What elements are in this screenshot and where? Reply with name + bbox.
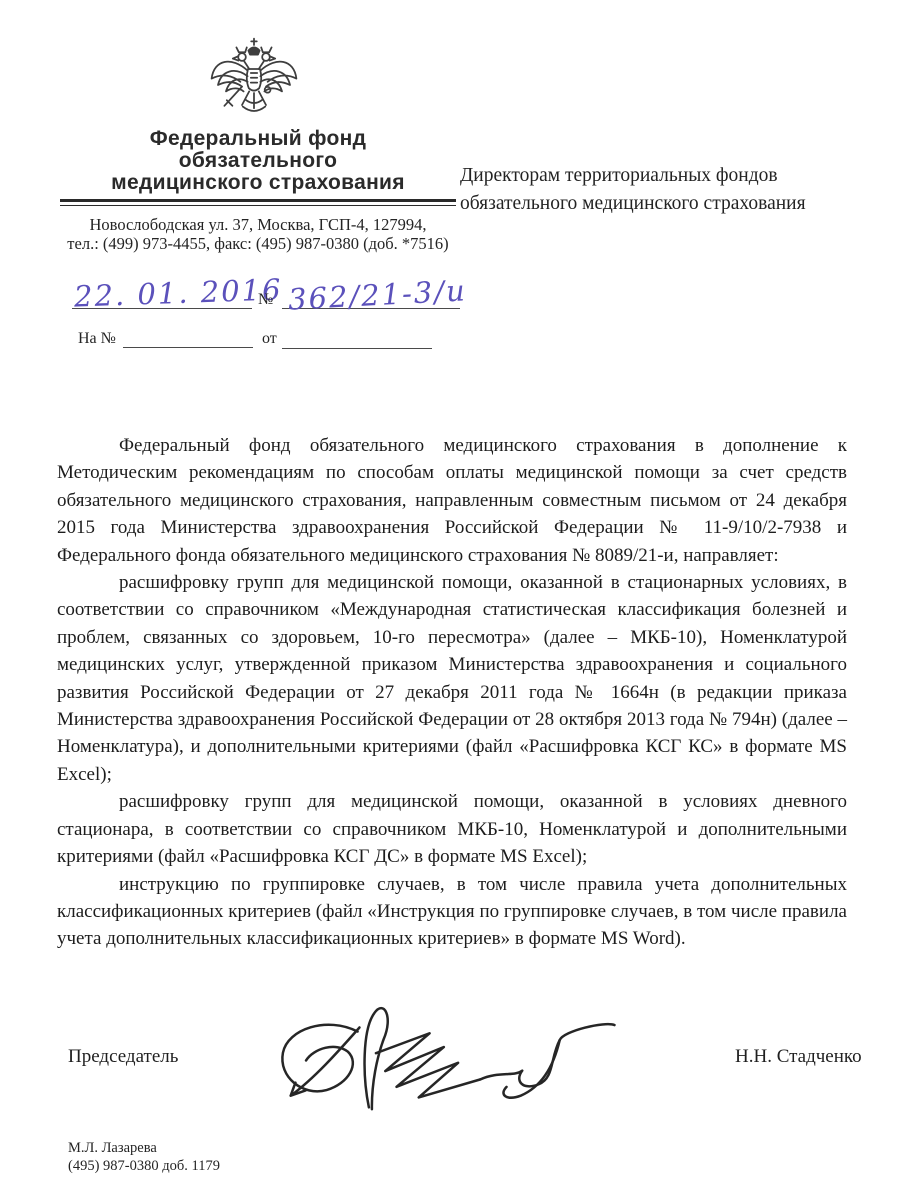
scanned-letter-page: Федеральный фонд обязательного медицинск… [0,0,900,1200]
signer-name: Н.Н. Стадченко [735,1046,862,1068]
letter-body: Федеральный фонд обязательного медицинск… [57,432,847,953]
body-paragraph-3: расшифровку групп для медицинской помощи… [57,788,847,870]
addressee-block: Директорам территориальных фондов обязат… [460,162,870,217]
letter-number-field: 362/21-3/и [282,266,460,309]
number-sign-label: № [258,291,273,309]
body-paragraph-4: инструкцию по группировке случаев, в том… [57,871,847,953]
executor-phone: (495) 987-0380 доб. 1179 [68,1157,220,1175]
org-name-line: Федеральный фонд [58,128,458,150]
body-paragraph-2: расшифровку групп для медицинской помощи… [57,569,847,788]
org-address-line1: Новослободская ул. 37, Москва, ГСП-4, 12… [60,215,456,234]
org-name-line: обязательного [58,150,458,172]
addressee-line2: обязательного медицинского страхования [460,190,870,218]
letter-date-field: 22. 01. 2016 [72,266,252,309]
reply-from-label: от [262,330,277,348]
reply-date-blank-line [282,348,432,349]
addressee-line1: Директорам территориальных фондов [460,162,870,190]
executor-name: М.Л. Лазарева [68,1139,220,1157]
handwritten-date: 22. 01. 2016 [73,272,283,313]
org-name: Федеральный фонд обязательного медицинск… [58,128,458,194]
letterhead-divider [60,199,456,206]
executor-contact-block: М.Л. Лазарева (495) 987-0380 доб. 1179 [68,1139,220,1175]
reply-to-number-label: На № [78,330,116,348]
coat-of-arms-icon [206,34,302,136]
signature-scribble-icon [270,1000,620,1112]
body-paragraph-1: Федеральный фонд обязательного медицинск… [57,432,847,569]
signer-position-title: Председатель [68,1046,178,1068]
handwritten-number: 362/21-3/и [287,273,467,316]
org-address: Новослободская ул. 37, Москва, ГСП-4, 12… [60,215,456,253]
org-name-line: медицинского страхования [58,172,458,194]
reply-number-blank-line [123,347,253,348]
org-address-line2: тел.: (499) 973-4455, факс: (495) 987-03… [60,234,456,253]
